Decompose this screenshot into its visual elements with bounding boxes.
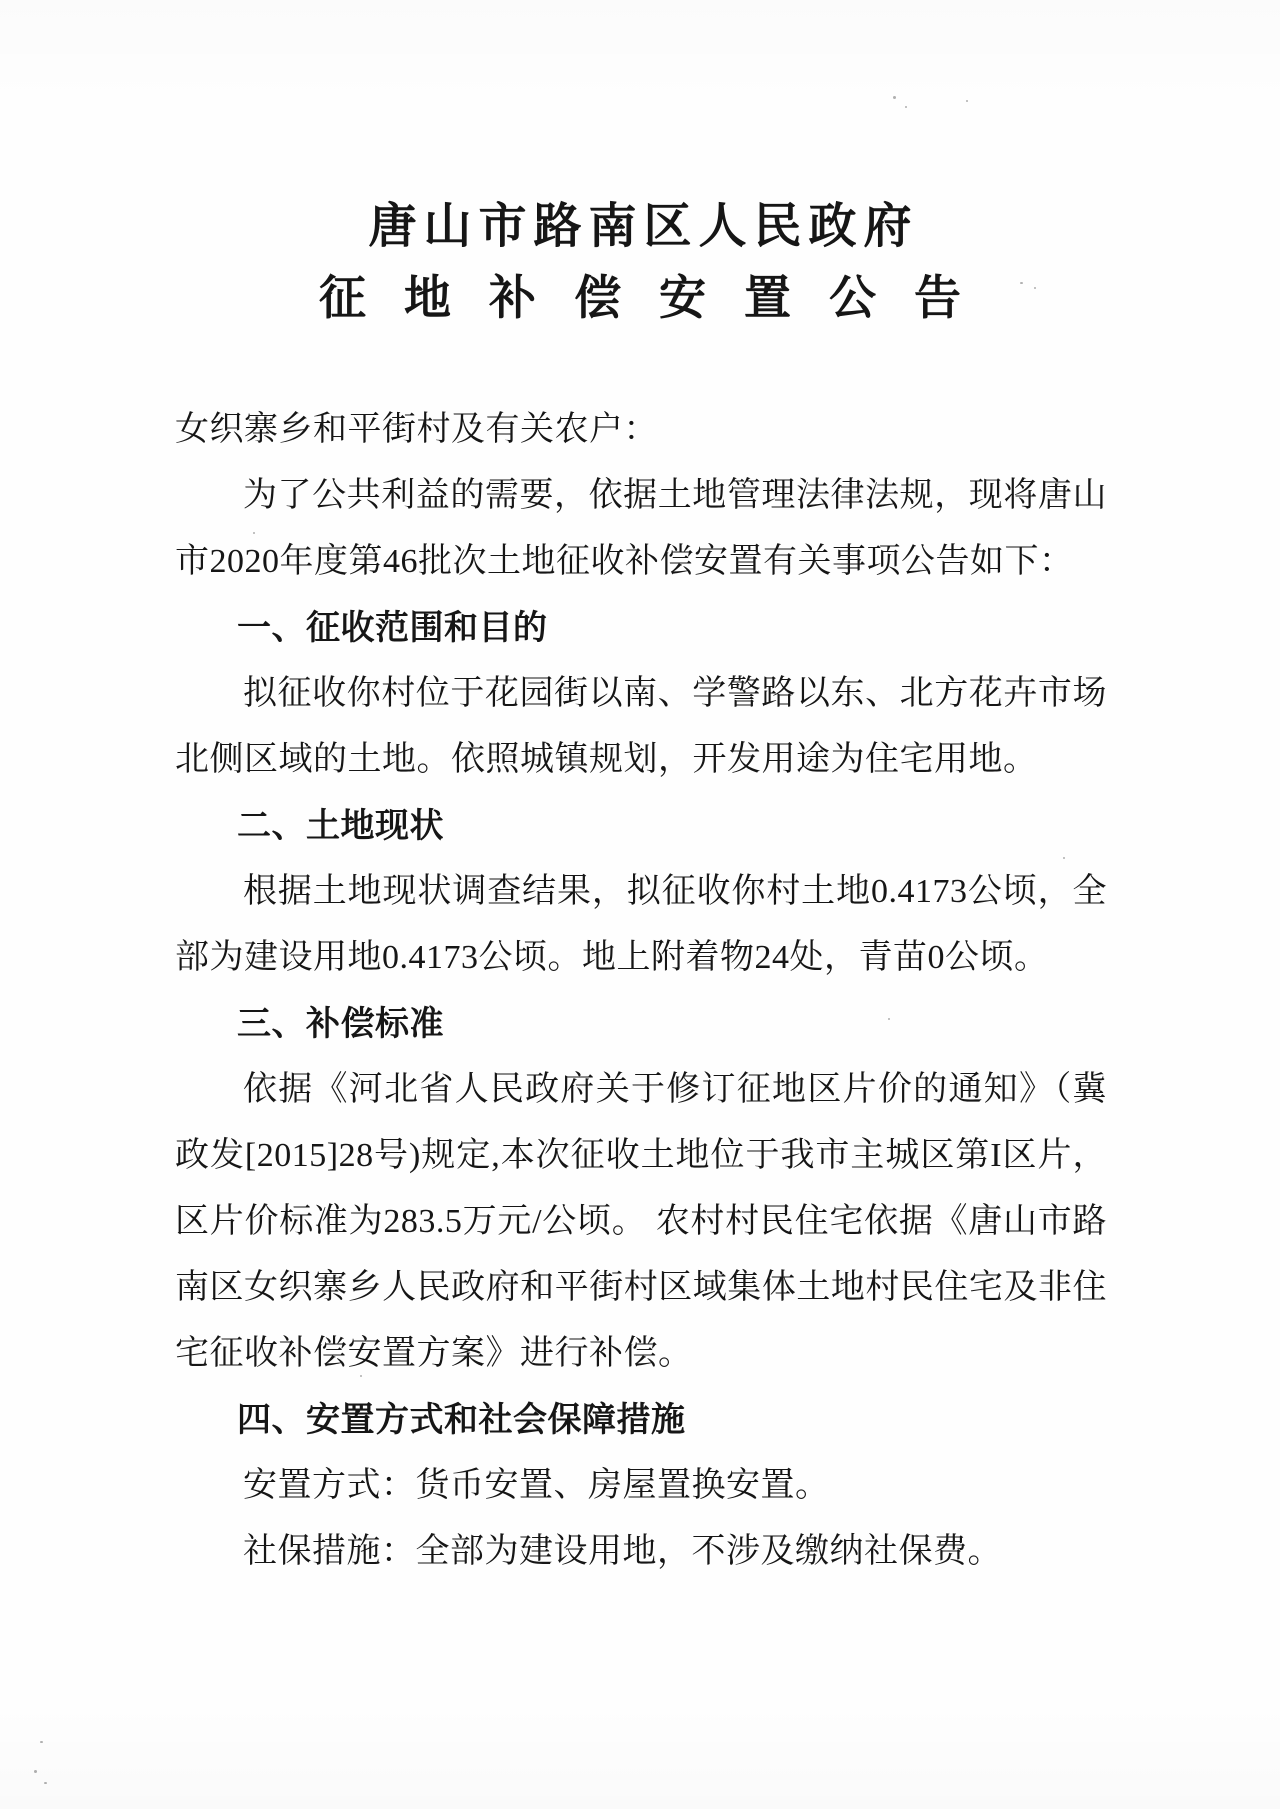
section-heading-1: 一、征收范围和目的 [175,595,1107,661]
scan-speck [44,1782,47,1784]
doc-line: 安置方式：货币安置、房屋置换安置。 [175,1453,1107,1519]
doc-line: 北侧区域的土地。依照城镇规划，开发用途为住宅用地。 [175,727,1107,793]
doc-line: 政发[2015]28号)规定,本次征收土地位于我市主城区第I区片， [175,1123,1107,1189]
section-heading-4: 四、安置方式和社会保障措施 [175,1387,1107,1453]
scan-speck [893,96,896,99]
doc-line: 市2020年度第46批次土地征收补偿安置有关事项公告如下： [175,529,1107,595]
scan-speck [1100,1230,1102,1232]
scan-speck [253,532,255,534]
title-line-2: 征地补偿安置公告 [0,262,1280,334]
scan-speck [1034,287,1036,289]
doc-line: 根据土地现状调查结果，拟征收你村土地0.4173公顷，全 [175,859,1107,925]
doc-line: 部为建设用地0.4173公顷。地上附着物24处，青苗0公顷。 [175,925,1107,991]
scan-speck [1020,282,1023,284]
scan-speck [34,1770,37,1773]
doc-line: 社保措施：全部为建设用地，不涉及缴纳社保费。 [175,1519,1107,1585]
section-heading-3: 三、补偿标准 [175,991,1107,1057]
scan-speck [1063,857,1065,859]
scan-speck [888,1018,890,1020]
document-body: 女织寨乡和平街村及有关农户： 为了公共利益的需要，依据土地管理法律法规，现将唐山… [175,397,1107,1585]
doc-line: 依据《河北省人民政府关于修订征地区片价的通知》（冀 [175,1057,1107,1123]
scan-speck [966,100,968,102]
doc-line: 南区女织寨乡人民政府和平街村区域集体土地村民住宅及非住 [175,1255,1107,1321]
scan-speck [905,106,907,108]
salutation-line: 女织寨乡和平街村及有关农户： [175,397,1107,463]
doc-line: 区片价标准为283.5万元/公顷。 农村村民住宅依据《唐山市路 [175,1189,1107,1255]
scan-speck [40,1741,43,1743]
document-title: 唐山市路南区人民政府 征地补偿安置公告 [0,0,1280,334]
scanned-document-page: 唐山市路南区人民政府 征地补偿安置公告 女织寨乡和平街村及有关农户： 为了公共利… [0,0,1280,1809]
doc-line: 拟征收你村位于花园街以南、学警路以东、北方花卉市场 [175,661,1107,727]
section-heading-2: 二、土地现状 [175,793,1107,859]
doc-line: 宅征收补偿安置方案》进行补偿。 [175,1321,1107,1387]
scan-speck [360,1375,362,1377]
title-line-1: 唐山市路南区人民政府 [0,192,1280,262]
doc-line: 为了公共利益的需要，依据土地管理法律法规，现将唐山 [175,463,1107,529]
